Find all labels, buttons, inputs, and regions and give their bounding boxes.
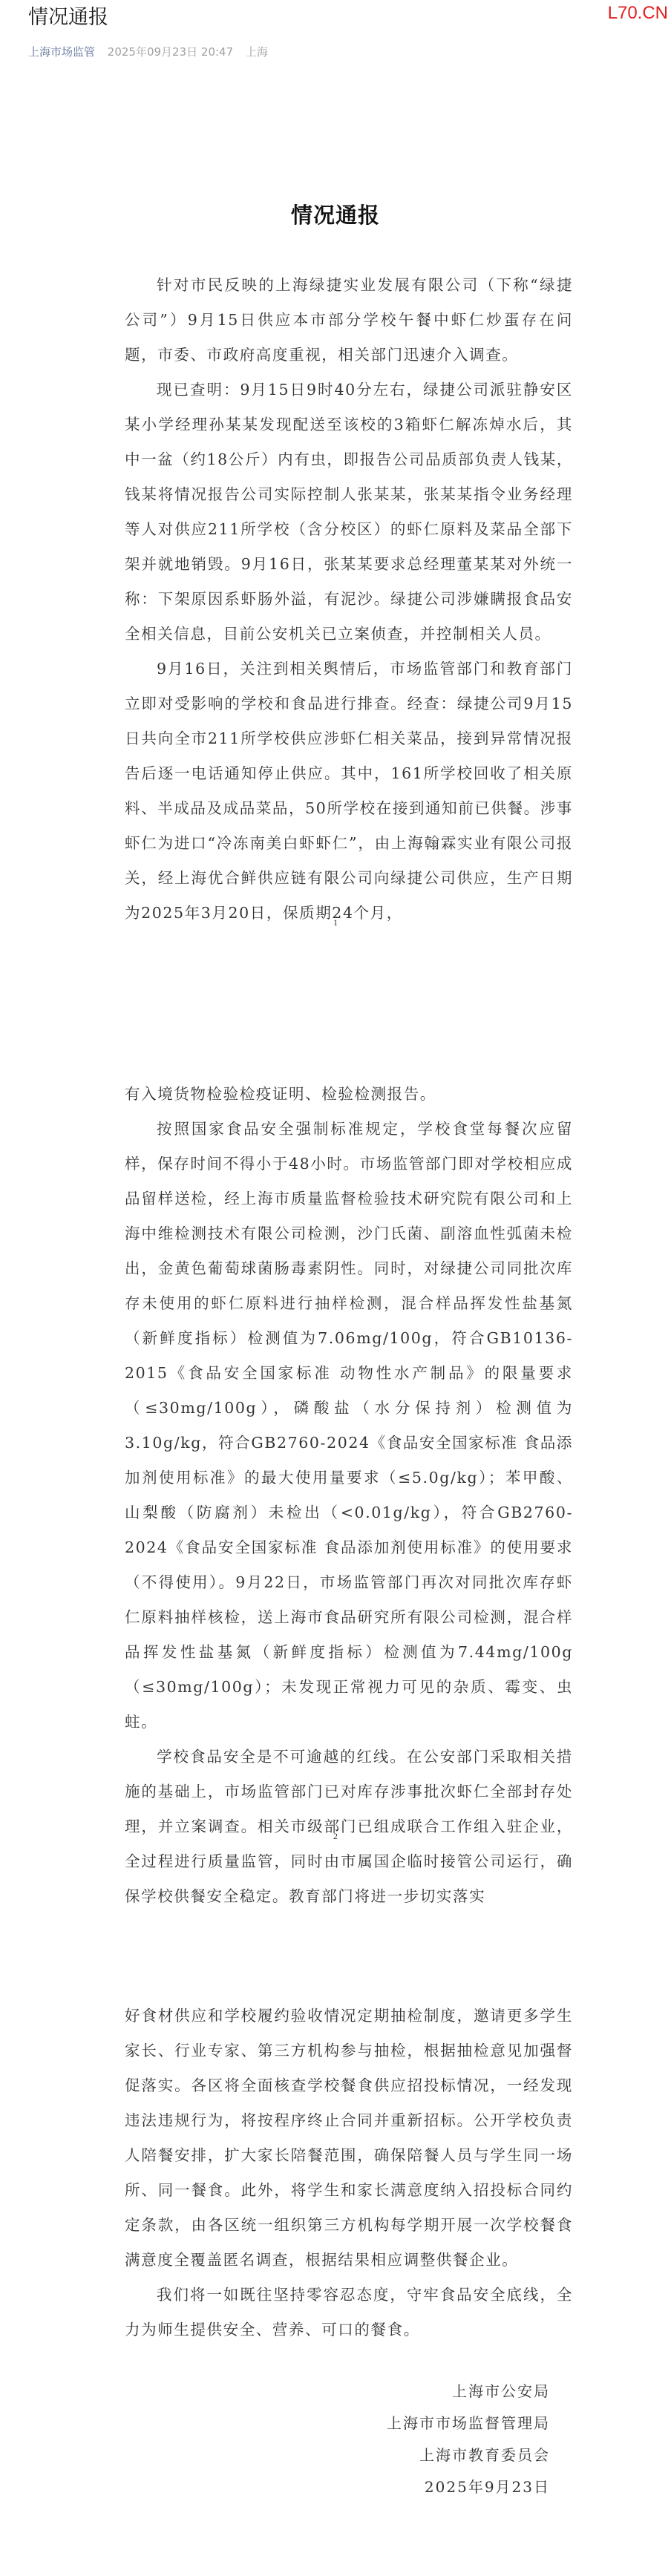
- document-page-3: 好食材供应和学校履约验收情况定期抽检制度，邀请更多学生家长、行业专家、第三方机构…: [0, 0, 671, 2576]
- document-body-page-3: 好食材供应和学校履约验收情况定期抽检制度，邀请更多学生家长、行业专家、第三方机构…: [125, 1999, 573, 2347]
- paragraph: 好食材供应和学校履约验收情况定期抽检制度，邀请更多学生家长、行业专家、第三方机构…: [125, 1999, 573, 2278]
- signing-date: 2025年9月23日: [387, 2471, 550, 2503]
- signing-org-market-regulation: 上海市市场监督管理局: [387, 2408, 550, 2439]
- paragraph: 我们将一如既往坚持零容忍态度，守牢食品安全底线，全力为师生提供安全、营养、可口的…: [125, 2278, 573, 2347]
- signing-org-police: 上海市公安局: [387, 2376, 550, 2408]
- signing-org-education: 上海市教育委员会: [387, 2439, 550, 2471]
- signature-block: 上海市公安局 上海市市场监督管理局 上海市教育委员会 2025年9月23日: [387, 2376, 550, 2503]
